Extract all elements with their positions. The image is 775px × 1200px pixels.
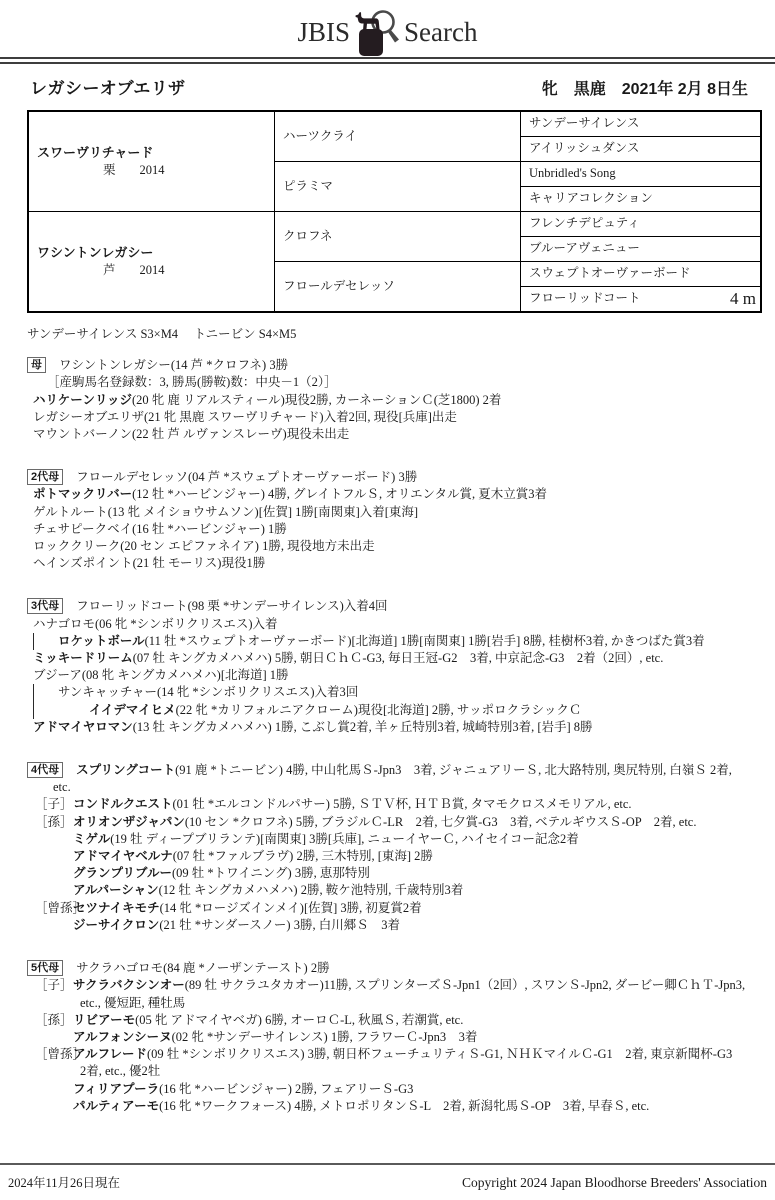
horse-name: フロールデセレッソ (76, 470, 188, 484)
horse-record: (16 牡 *ハービンジャー) 1勝 (132, 522, 287, 536)
horse-name: サンキャッチャー (58, 685, 157, 699)
ancestor-name: フローリッドコート (529, 290, 641, 307)
horse-record: (07 牡 *ファルブラヴ) 2勝, 三木特別, [東海] 2勝 (173, 849, 433, 863)
horse-name: グランプリブルー (73, 866, 172, 880)
family-member-line: ロケットボール(11 牡 *スウェプトオーヴァーボード)[北海道] 1勝[南関東… (33, 633, 748, 650)
horse-record: (16 牝 *ワークフォース) 4勝, メトロポリタンＳ-L 2着, 新潟牝馬Ｓ… (159, 1099, 649, 1113)
ancestor-cell: スウェプトオーヴァーボード (521, 262, 762, 287)
ancestor-cell: フレンチデピュティ (521, 212, 762, 237)
ancestor-cell: アイリッシュダンス (521, 137, 762, 162)
family-member-line: ミゲル(19 牡 ディープブリランテ)[南関東] 3勝[兵庫], ニューイヤーＣ… (27, 831, 748, 848)
horse-name: ヘインズポイント (33, 556, 133, 570)
dam-cell: ワシントンレガシー 芦2014 (28, 212, 275, 313)
family-member-line: ［孫］オリオンザジャパン(10 セン *クロフネ) 5勝, ブラジルＣ-LR 2… (27, 814, 748, 831)
horse-name: ロッククリーク (33, 539, 120, 553)
section-head-line: 4代母スプリングコート(91 鹿 *トニービン) 4勝, 中山牝馬Ｓ-Jpn3 … (27, 762, 748, 796)
family-member-line: ロッククリーク(20 セン エピファネイア) 1勝, 現役地方未出走 (27, 538, 748, 555)
family-member-line: ジーサイクロン(21 牡 *サンダースノー) 3勝, 白川郷Ｓ 3着 (27, 917, 748, 934)
family-section: 3代母フローリッドコート(98 栗 *サンデーサイレンス)入着4回ハナゴロモ(0… (27, 598, 748, 736)
sire-name: スワーヴリチャード (37, 144, 274, 161)
relation-label: ［曾孫］ (35, 900, 85, 917)
horse-name: ポトマックリバー (33, 487, 132, 501)
horse-name: ジーサイクロン (73, 918, 159, 932)
dam-coat-year: 芦2014 (37, 262, 274, 279)
relation-label: ［孫］ (35, 814, 73, 831)
family-member-line: マウントバーノン(22 牡 芦 ルヴァンスレーヴ)現役未出走 (27, 426, 748, 443)
horse-record: (22 牡 芦 ルヴァンスレーヴ)現役未出走 (132, 427, 349, 441)
dam-name: ワシントンレガシー (37, 244, 274, 261)
horse-name: スプリングコート (76, 763, 175, 777)
horse-name: サクラバクシンオー (73, 978, 185, 992)
ancestor-cell: キャリアコレクション (521, 187, 762, 212)
family-member-line: レガシーオブエリザ(21 牝 黒鹿 スワーヴリチャード)入着2回, 現役[兵庫]… (27, 409, 748, 426)
family-member-line: ハナゴロモ(06 牝 *シンボリクリスエス)入着 (27, 616, 748, 633)
generation-label: 3代母 (27, 598, 63, 614)
family-member-line: ハリケーンリッジ(20 牝 鹿 リアルスティール)現役2勝, カーネーションＣ(… (27, 392, 748, 409)
horse-record: (20 牝 鹿 リアルスティール)現役2勝, カーネーションＣ(芝1800) 2… (132, 393, 501, 407)
horse-name: ハリケーンリッジ (33, 393, 132, 407)
horse-name: リビアーモ (73, 1013, 135, 1027)
family-number: 4 m (730, 290, 756, 307)
granddam-cell: ピラミマ (275, 162, 521, 212)
sex-coat-birthdate: 牝 黒鹿 2021年 2月 8日生 (542, 81, 748, 98)
horse-record: (14 牝 *シンボリクリスエス)入着3回 (157, 685, 358, 699)
family-member-line: ［孫］リビアーモ(05 牝 アドマイヤベガ) 6勝, オーロＣ-L, 秋風Ｓ, … (27, 1012, 748, 1029)
section-head-line: 2代母フロールデセレッソ(04 芦 *スウェプトオーヴァーボード) 3勝 (27, 469, 748, 486)
horse-record: (12 牡 キングカメハメハ) 2勝, 鞍ケ池特別, 千歳特別3着 (159, 883, 464, 897)
horse-record: (09 牡 *トワイニング) 3勝, 恵那特別 (172, 866, 370, 880)
horse-record: (04 芦 *スウェプトオーヴァーボード) 3勝 (188, 470, 417, 484)
ancestor-cell: サンデーサイレンス (521, 111, 762, 137)
family-member-line: アルフォンシーヌ(02 牝 *サンデーサイレンス) 1勝, フラワーＣ-Jpn3… (27, 1029, 748, 1046)
horse-name: ミッキードリーム (33, 651, 133, 665)
family-member-line: チェサピークベイ(16 牡 *ハービンジャー) 1勝 (27, 521, 748, 538)
dam-year: 2014 (140, 263, 165, 277)
family-member-line: ミッキードリーム(07 牡 キングカメハメハ) 5勝, 朝日ＣｈＣ-G3, 毎日… (27, 650, 748, 667)
horse-name: チェサピークベイ (33, 522, 132, 536)
horse-record: (02 牝 *サンデーサイレンス) 1勝, フラワーＣ-Jpn3 3着 (172, 1030, 478, 1044)
horse-record: (16 牝 *ハービンジャー) 2勝, フェアリーＳ-G3 (159, 1082, 413, 1096)
generation-label: 2代母 (27, 469, 63, 485)
horse-record: (21 牡 モーリス)現役1勝 (133, 556, 266, 570)
horse-name: オリオンザジャパン (73, 815, 185, 829)
relation-label: ［子］ (35, 977, 73, 994)
horse-record: (19 牡 ディープブリランテ)[南関東] 3勝[兵庫], ニューイヤーＣ, ハ… (110, 832, 578, 846)
horse-name: サクラハゴロモ (76, 961, 163, 975)
title-row: レガシーオブエリザ 牝 黒鹿 2021年 2月 8日生 (27, 80, 748, 104)
ancestor-cell: ブルーアヴェニュー (521, 237, 762, 262)
horse-record: (09 牡 *シンボリクリスエス) 3勝, 朝日杯フューチュリティＳ-G1, Ｎ… (80, 1047, 745, 1078)
horse-name: マウントバーノン (33, 427, 132, 441)
horse-name: ミゲル (73, 832, 110, 846)
horse-record: (13 牝 メイショウサムソン)[佐賀] 1勝[南関東]入着[東海] (108, 505, 418, 519)
ancestor-cell: Unbridled's Song (521, 162, 762, 187)
horse-record: (22 牝 *カリフォルニアクローム)現役[北海道] 2勝, サッポロクラシック… (176, 703, 582, 717)
family-member-line: ヘインズポイント(21 牡 モーリス)現役1勝 (27, 555, 748, 572)
section-head-line: 母ワシントンレガシー(14 芦 *クロフネ) 3勝 (27, 357, 748, 374)
generation-label: 母 (27, 357, 46, 373)
family-member-line: アルパーシャン(12 牡 キングカメハメハ) 2勝, 鞍ケ池特別, 千歳特別3着 (27, 882, 748, 899)
horse-name: アルパーシャン (73, 883, 159, 897)
horse-record: (14 芦 *クロフネ) 3勝 (171, 358, 288, 372)
sire-coat: 栗 (103, 163, 116, 177)
family-member-line: パルティアーモ(16 牝 *ワークフォース) 4勝, メトロポリタンＳ-L 2着… (27, 1098, 748, 1115)
family-member-line: イイデマイヒメ(22 牝 *カリフォルニアクローム)現役[北海道] 2勝, サッ… (33, 702, 748, 719)
horse-record: (14 牝 *ロージズインメイ)[佐賀] 3勝, 初夏賞2着 (160, 901, 422, 915)
page-title-horse-name: レガシーオブエリザ (30, 80, 185, 97)
horse-name: レガシーオブエリザ (33, 410, 144, 424)
horse-record: (21 牝 黒鹿 スワーヴリチャード)入着2回, 現役[兵庫]出走 (144, 410, 457, 424)
pedigree-report-page: JBIS Search レガシーオブエリザ 牝 黒鹿 2021年 2月 8日生 … (0, 0, 775, 1200)
sire-coat-year: 栗2014 (37, 162, 274, 179)
relation-label: ［子］ (35, 796, 73, 813)
horse-name: イイデマイヒメ (89, 703, 176, 717)
family-sections: 母ワシントンレガシー(14 芦 *クロフネ) 3勝［産駒馬名登録数：3, 勝馬(… (27, 357, 748, 1115)
as-of-date: 2024年11月26日現在 (8, 1175, 120, 1192)
footer-rule (0, 1163, 775, 1165)
family-member-line: ［曾孫］セツナイキモチ(14 牝 *ロージズインメイ)[佐賀] 3勝, 初夏賞2… (27, 900, 748, 917)
horse-record: (98 栗 *サンデーサイレンス)入着4回 (188, 599, 388, 613)
family-section: 2代母フロールデセレッソ(04 芦 *スウェプトオーヴァーボード) 3勝ポトマッ… (27, 469, 748, 572)
horse-record: (06 牝 *シンボリクリスエス)入着 (95, 617, 278, 631)
horse-name: フローリッドコート (76, 599, 188, 613)
logo-jbis-text: JBIS (298, 17, 351, 47)
relation-label: ［孫］ (35, 1012, 73, 1029)
header-double-rule (0, 57, 775, 64)
family-section: 5代母サクラハゴロモ(84 鹿 *ノーザンテースト) 2勝［子］サクラバクシンオ… (27, 960, 748, 1115)
family-member-line: フィリアプーラ(16 牝 *ハービンジャー) 2勝, フェアリーＳ-G3 (27, 1081, 748, 1098)
horse-name: アルフォンシーヌ (73, 1030, 172, 1044)
horse-record: (10 セン *クロフネ) 5勝, ブラジルＣ-LR 2着, 七夕賞-G3 3着… (185, 815, 697, 829)
horse-record: (13 牡 キングカメハメハ) 1勝, こぶし賞2着, 羊ヶ丘特別3着, 城崎特… (133, 720, 593, 734)
generation-label: 4代母 (27, 762, 63, 778)
horse-magnifier-icon (351, 9, 403, 57)
horse-record: (01 牡 *エルコンドルパサー) 5勝, ＳＴＶ杯, ＨＴＢ賞, タマモクロス… (173, 797, 632, 811)
horse-name: ワシントンレガシー (59, 358, 171, 372)
horse-record: (11 牡 *スウェプトオーヴァーボード)[北海道] 1勝[南関東] 1勝[岩手… (145, 634, 705, 648)
logo-search-text: Search (404, 17, 477, 47)
horse-record: (12 牡 *ハービンジャー) 4勝, グレイトフルＳ, オリエンタル賞, 夏木… (132, 487, 547, 501)
horse-record: (05 牝 アドマイヤベガ) 6勝, オーロＣ-L, 秋風Ｓ, 若潮賞, etc… (135, 1013, 463, 1027)
horse-name: ブジーア (33, 668, 82, 682)
granddam-cell: フロールデセレッソ (275, 262, 521, 313)
family-member-line: サンキャッチャー(14 牝 *シンボリクリスエス)入着3回 (33, 684, 748, 701)
horse-name: ゲルトルート (33, 505, 108, 519)
family-member-line: ポトマックリバー(12 牡 *ハービンジャー) 4勝, グレイトフルＳ, オリエ… (27, 486, 748, 503)
family-member-line: ゲルトルート(13 牝 メイショウサムソン)[佐賀] 1勝[南関東]入着[東海] (27, 504, 748, 521)
horse-name: コンドルクエスト (73, 797, 173, 811)
horse-name: フィリアプーラ (73, 1082, 159, 1096)
dam-coat: 芦 (103, 263, 116, 277)
relation-label: ［曾孫］ (35, 1046, 85, 1063)
family-section: 4代母スプリングコート(91 鹿 *トニービン) 4勝, 中山牝馬Ｓ-Jpn3 … (27, 762, 748, 934)
family-member-line: ［子］コンドルクエスト(01 牡 *エルコンドルパサー) 5勝, ＳＴＶ杯, Ｈ… (27, 796, 748, 813)
family-member-line: アドマイヤロマン(13 牡 キングカメハメハ) 1勝, こぶし賞2着, 羊ヶ丘特… (27, 719, 748, 736)
copyright-text: Copyright 2024 Japan Bloodhorse Breeders… (462, 1174, 767, 1191)
produce-record-note: ［産駒馬名登録数：3, 勝馬(勝鞍)数：中央－1（2）］ (27, 374, 748, 391)
section-head-line: 5代母サクラハゴロモ(84 鹿 *ノーザンテースト) 2勝 (27, 960, 748, 977)
family-member-line: グランプリブルー(09 牡 *トワイニング) 3勝, 恵那特別 (27, 865, 748, 882)
family-member-line: ［曾孫］アルフレード(09 牡 *シンボリクリスエス) 3勝, 朝日杯フューチュ… (27, 1046, 748, 1080)
horse-record: (08 牝 キングカメハメハ)[北海道] 1勝 (82, 668, 289, 682)
horse-name: アドマイヤベルナ (73, 849, 173, 863)
horse-record: (21 牡 *サンダースノー) 3勝, 白川郷Ｓ 3着 (159, 918, 400, 932)
horse-name: ハナゴロモ (33, 617, 95, 631)
footer: 2024年11月26日現在 Copyright 2024 Japan Blood… (8, 1174, 767, 1192)
inbreeding-note: サンデーサイレンス S3×M4 トニービン S4×M5 (27, 326, 748, 343)
horse-name: パルティアーモ (73, 1099, 159, 1113)
horse-name: ロケットボール (58, 634, 145, 648)
family-member-line: ブジーア(08 牝 キングカメハメハ)[北海道] 1勝 (27, 667, 748, 684)
grandsire-cell: ハーツクライ (275, 111, 521, 162)
horse-record: (20 セン エピファネイア) 1勝, 現役地方未出走 (120, 539, 374, 553)
generation-label: 5代母 (27, 960, 63, 976)
horse-record: (84 鹿 *ノーザンテースト) 2勝 (163, 961, 329, 975)
grandsire-cell: クロフネ (275, 212, 521, 262)
family-member-line: ［子］サクラバクシンオー(89 牡 サクラユタカオー)11勝, スプリンターズＳ… (27, 977, 748, 1011)
section-head-line: 3代母フローリッドコート(98 栗 *サンデーサイレンス)入着4回 (27, 598, 748, 615)
sire-year: 2014 (140, 163, 165, 177)
family-member-line: アドマイヤベルナ(07 牡 *ファルブラヴ) 2勝, 三木特別, [東海] 2勝 (27, 848, 748, 865)
horse-record: (07 牡 キングカメハメハ) 5勝, 朝日ＣｈＣ-G3, 毎日王冠-G2 3着… (133, 651, 664, 665)
jbis-search-logo: JBIS Search (0, 0, 775, 57)
horse-name: セツナイキモチ (73, 901, 160, 915)
family-section: 母ワシントンレガシー(14 芦 *クロフネ) 3勝［産駒馬名登録数：3, 勝馬(… (27, 357, 748, 443)
horse-name: アドマイヤロマン (33, 720, 133, 734)
pedigree-table: スワーヴリチャード 栗2014 ハーツクライ サンデーサイレンス アイリッシュダ… (27, 110, 762, 313)
sire-cell: スワーヴリチャード 栗2014 (28, 111, 275, 212)
ancestor-cell-with-family-number: フローリッドコート 4 m (521, 287, 762, 313)
